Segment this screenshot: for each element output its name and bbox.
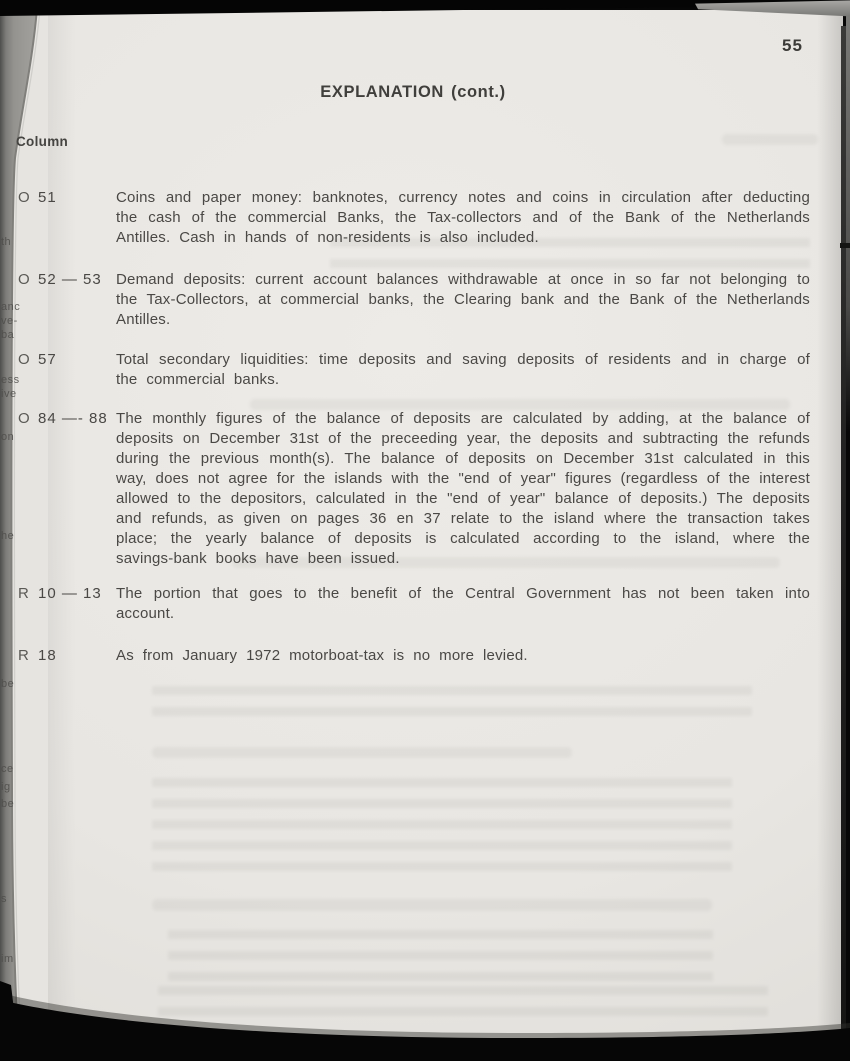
page-right-outer-edge [846,12,850,432]
bleed-through-smudge [152,778,732,873]
entry-text: The monthly figures of the balance of de… [116,409,810,569]
gutter-fragment: im [1,953,14,965]
gutter-fragment: ce [1,763,14,775]
page-title: EXPLANATION (cont.) [118,83,708,102]
entry-text: Total secondary liquidities: time deposi… [116,350,810,390]
bleed-through-smudge [152,747,572,758]
scanned-book-page: th anc ve- ba ess ive on he be ce ig be … [0,0,850,1061]
gutter-fragment: s [1,893,7,905]
gutter-fragment: ig [1,781,11,793]
explanation-entry-10-13: R 10 — 13 The portion that goes to the b… [18,584,810,624]
bleed-through-smudge [152,686,752,724]
entry-marker: O [18,409,38,429]
entry-marker: R [18,584,38,604]
entry-text: Coins and paper money: banknotes, curren… [116,188,810,248]
entry-marker: O [18,350,38,370]
scan-bottom-black-curve [0,981,850,1061]
entry-column-range: 18 [38,646,116,666]
entry-text: Demand deposits: current account balance… [116,270,810,330]
bleed-through-smudge [722,134,818,145]
gutter-fragment: on [1,431,14,443]
entry-column-range: 57 [38,350,116,370]
entry-column-range: 52 — 53 [38,270,116,290]
gutter-fragment: ve- [1,315,18,327]
gutter-fragment: he [1,530,14,542]
explanation-entry-57: O 57 Total secondary liquidities: time d… [18,350,810,390]
explanation-entry-84-88: O 84 —- 88 The monthly figures of the ba… [18,409,810,569]
bleed-through-smudge [168,930,713,982]
entry-text: As from January 1972 motorboat-tax is no… [116,646,810,666]
page-number: 55 [782,36,832,56]
gutter-fragment: ba [1,329,14,341]
entry-marker: R [18,646,38,666]
gutter-fragment: ess [1,374,20,386]
entry-text: The portion that goes to the benefit of … [116,584,810,624]
gutter-fragment: th [1,236,11,248]
entry-column-range: 10 — 13 [38,584,116,604]
page-right-edge-notch [840,243,850,248]
gutter-fragment: ive [1,388,17,400]
bleed-through-smudge [152,899,712,911]
gutter-fragment: be [1,678,14,690]
entry-column-range: 84 —- 88 [38,409,116,429]
explanation-entry-51: O 51 Coins and paper money: banknotes, c… [18,188,810,248]
gutter-fragment: be [1,798,14,810]
explanation-entry-52-53: O 52 — 53 Demand deposits: current accou… [18,270,810,330]
explanation-entry-18: R 18 As from January 1972 motorboat-tax … [18,646,810,666]
page-right-edge-line [841,26,846,1036]
entry-marker: O [18,270,38,290]
column-header-label: Column [16,134,68,149]
entry-marker: O [18,188,38,208]
entry-column-range: 51 [38,188,116,208]
